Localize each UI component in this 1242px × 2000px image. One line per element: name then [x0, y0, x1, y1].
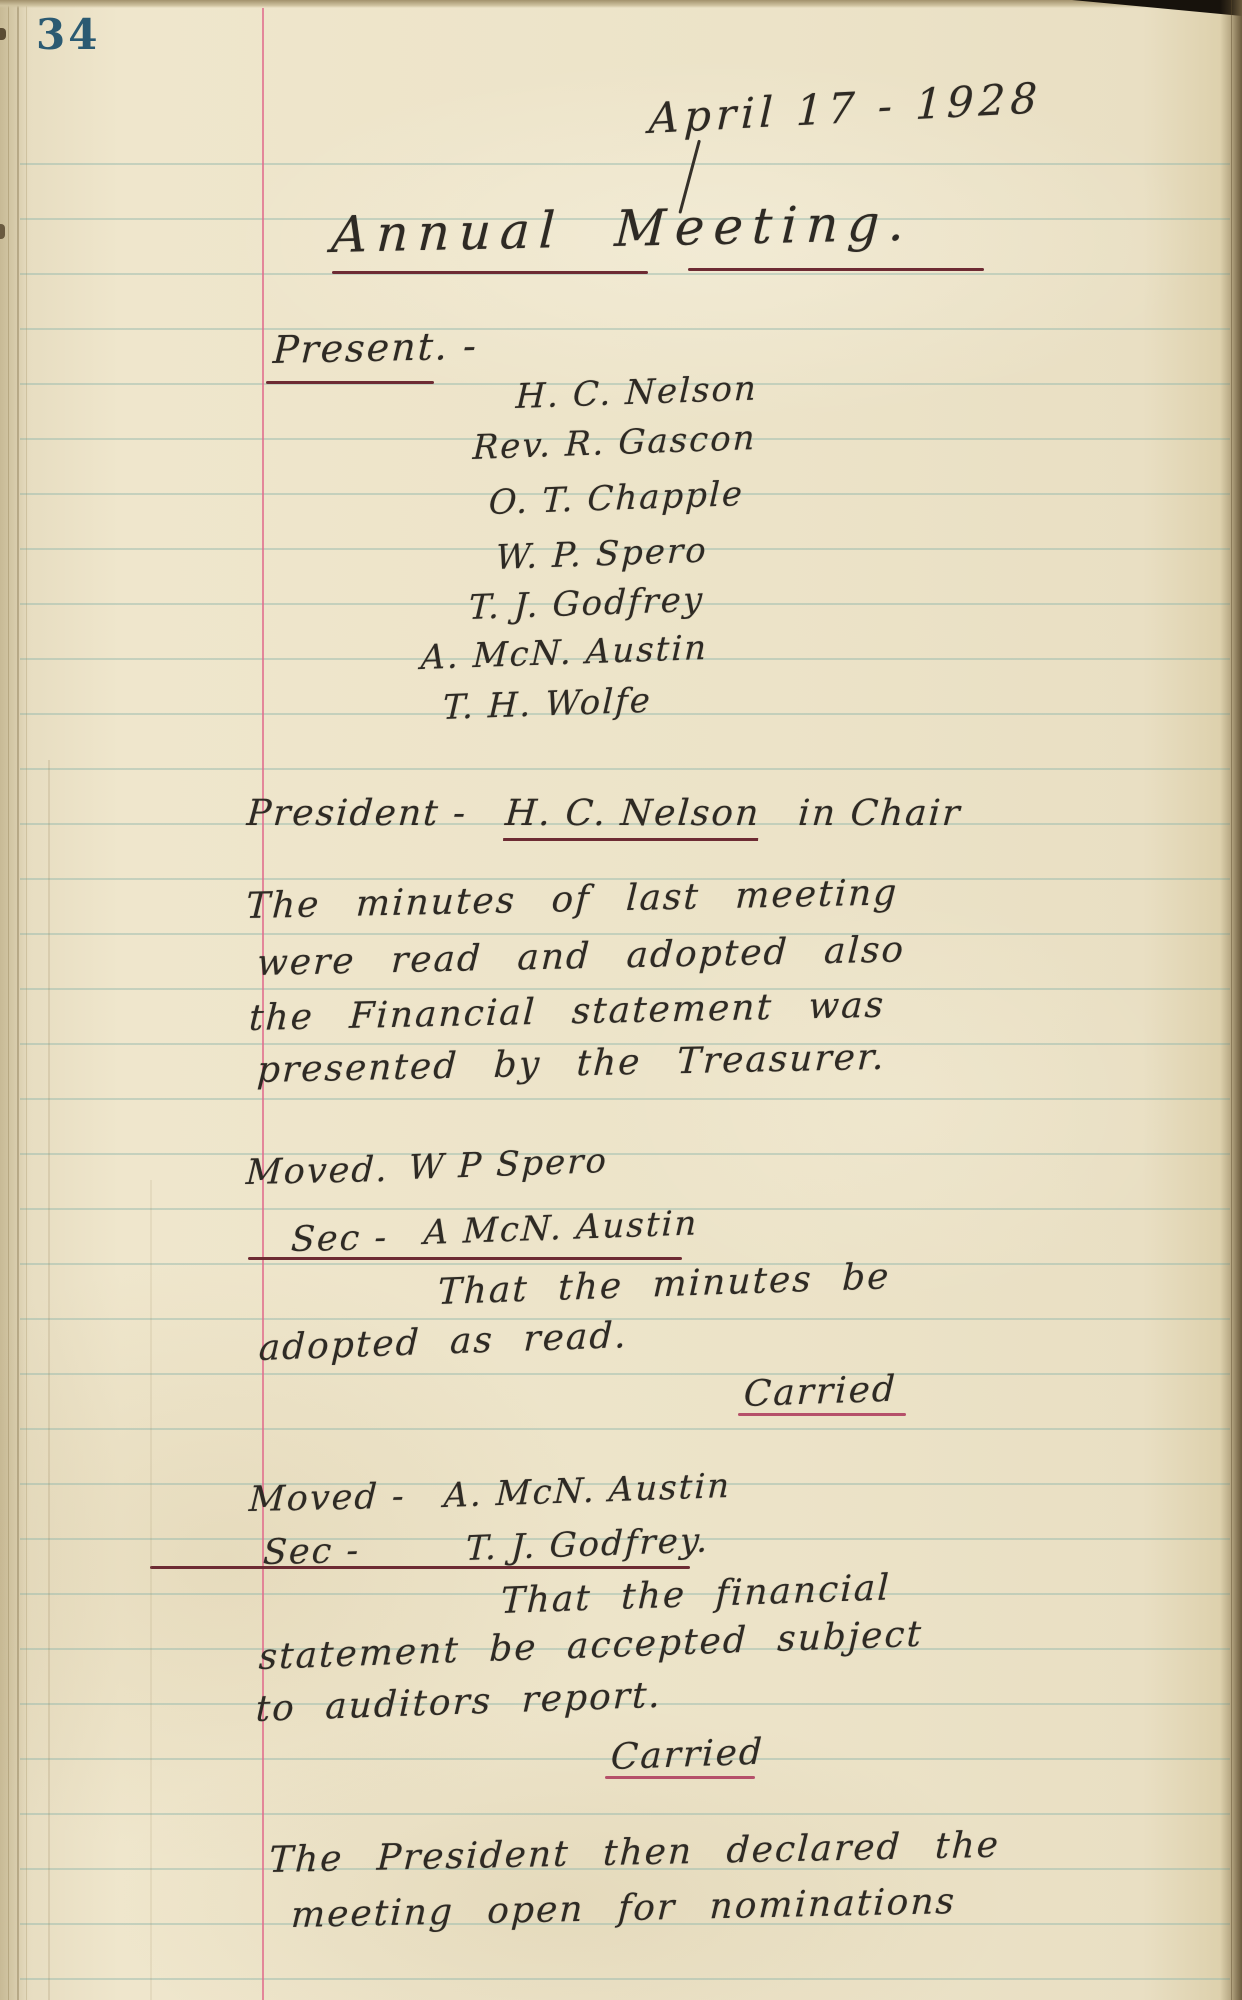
- meeting-title: Annual Meeting.: [330, 194, 915, 264]
- carried-underline: [605, 1776, 755, 1779]
- page-top-edge: [0, 0, 1242, 8]
- attendee-name: W. P. Spero: [495, 531, 708, 578]
- president-suffix: in Chair: [796, 793, 962, 841]
- attendee-name: T. J. Godfrey: [468, 580, 705, 628]
- photo-corner-shadow: [1072, 0, 1242, 16]
- title-underline-2: [688, 268, 984, 271]
- binding-crease: [8, 0, 9, 2000]
- minute-book-page: 34 April 17 - 1928 Annual Meeting. Prese…: [0, 0, 1242, 2000]
- carried-result: Carried: [610, 1732, 765, 1778]
- president-line: President - H. C. Nelson in Chair: [245, 793, 963, 841]
- title-underline-1: [332, 271, 648, 274]
- attendee-name: T. H. Wolfe: [442, 681, 653, 728]
- page-right-crease: [1231, 0, 1232, 2000]
- moved-label: Moved -: [248, 1477, 407, 1520]
- moved-label: Moved.: [245, 1150, 390, 1193]
- paper-nick: [0, 28, 6, 40]
- paper-crease: [150, 1180, 152, 2000]
- meeting-date: April 17 - 1928: [648, 73, 1043, 143]
- president-label: President -: [245, 793, 469, 841]
- seconded-by: T. J. Godfrey.: [465, 1520, 710, 1569]
- present-label: Present. -: [272, 324, 479, 372]
- binding-crease: [17, 0, 19, 2000]
- carried-underline: [738, 1413, 906, 1416]
- binding-crease: [26, 0, 27, 2000]
- paper-nick: [0, 224, 5, 239]
- attendee-name: H. C. Nelson: [515, 368, 759, 417]
- moved-by: W P Spero: [408, 1141, 609, 1188]
- president-name: H. C. Nelson: [503, 793, 761, 841]
- seconder-underline: [150, 1566, 690, 1569]
- paper-crease: [48, 760, 50, 2000]
- seconded-label: Sec -: [290, 1218, 389, 1260]
- seconder-underline: [248, 1257, 682, 1260]
- carried-result: Carried: [743, 1369, 898, 1415]
- page-number: 34: [36, 10, 100, 59]
- present-underline: [266, 381, 434, 384]
